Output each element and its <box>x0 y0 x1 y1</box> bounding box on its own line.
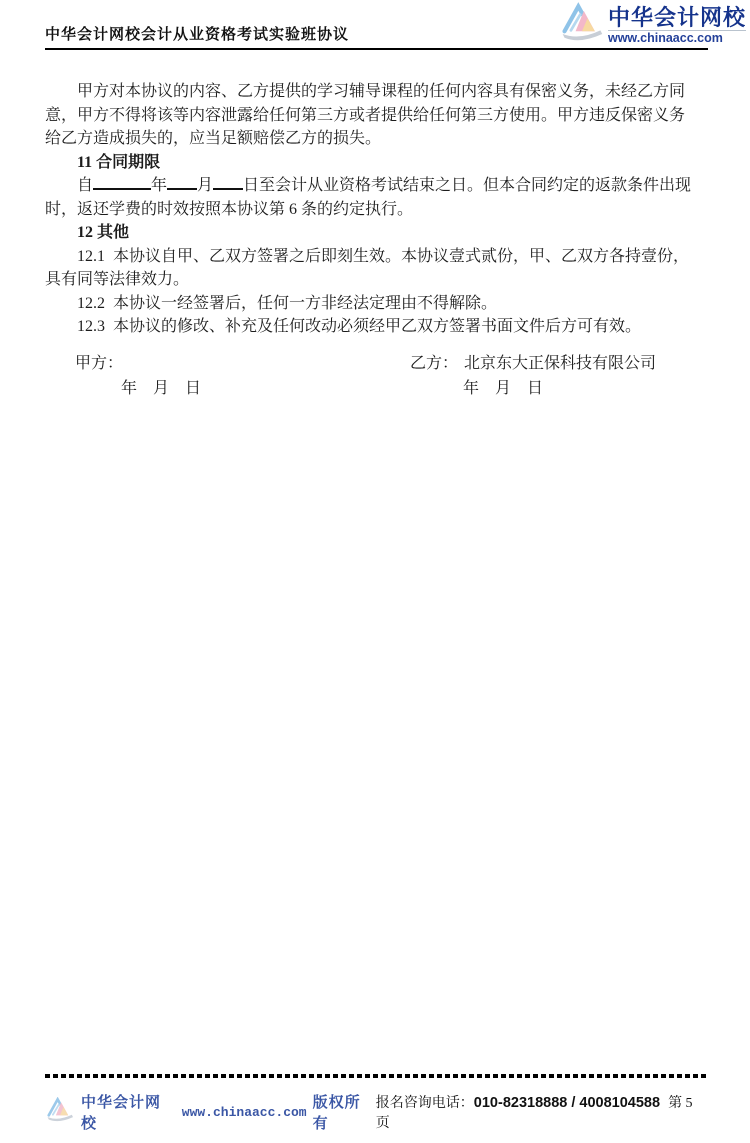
footer-brand-group: 中华会计网校 www.chinaacc.com 版权所有 <box>45 1091 376 1133</box>
term-month: 月 <box>197 177 213 194</box>
footer-brand-logo-icon <box>45 1097 75 1128</box>
party-b-line: 乙方：北京东大正保科技有限公司 <box>410 352 656 376</box>
clause-12-3: 12.3 本协议的修改、补充及任何改动必须经甲乙双方签署书面文件后方可有效。 <box>45 315 695 339</box>
signature-block: 甲方： 年 月 日 乙方：北京东大正保科技有限公司 年 月 日 <box>45 352 695 404</box>
party-b-date-line: 年 月 日 <box>463 377 543 401</box>
brand-logo: 中华会计网校 www.chinaacc.com <box>559 2 746 49</box>
term-pre: 自 <box>77 177 93 194</box>
brand-name: 中华会计网校 <box>608 6 746 29</box>
footer-contact-group: 报名咨询电话：010-82318888 / 4008104588第 5 页 <box>376 1092 708 1132</box>
term-year: 年 <box>151 177 167 194</box>
footer-website: www.chinaacc.com <box>182 1105 307 1120</box>
brand-logo-text: 中华会计网校 www.chinaacc.com <box>608 6 746 45</box>
footer-brand-name: 中华会计网校 <box>81 1091 176 1133</box>
party-b-label: 乙方： <box>410 355 458 372</box>
phone-label: 报名咨询电话： <box>376 1096 474 1111</box>
brand-logo-icon <box>559 2 605 49</box>
phone-numbers: 010-82318888 / 4008104588 <box>474 1095 660 1111</box>
party-a-label: 甲方： <box>75 352 123 376</box>
page-header: 中华会计网校会计从业资格考试实验班协议 中华会计网校 www.chinaacc.… <box>45 0 708 50</box>
document-page: 中华会计网校会计从业资格考试实验班协议 中华会计网校 www.chinaacc.… <box>0 0 750 1143</box>
clause-12-2: 12.2 本协议一经签署后，任何一方非经法定理由不得解除。 <box>45 292 695 316</box>
section-11-heading: 11 合同期限 <box>45 151 695 175</box>
page-title: 中华会计网校会计从业资格考试实验班协议 <box>45 23 349 44</box>
term-line: 自年月日至会计从业资格考试结束之日。但本合同约定的返款条件出现时，返还学费的时效… <box>45 174 695 221</box>
confidentiality-paragraph: 甲方对本协议的内容、乙方提供的学习辅导课程的任何内容具有保密义务，未经乙方同意，… <box>45 80 695 151</box>
year-blank-field <box>93 174 151 190</box>
footer-divider <box>45 1074 708 1078</box>
contract-body: 甲方对本协议的内容、乙方提供的学习辅导课程的任何内容具有保密义务，未经乙方同意，… <box>45 80 695 404</box>
party-a-date-line: 年 月 日 <box>121 377 201 401</box>
day-blank-field <box>213 174 243 190</box>
section-12-heading: 12 其他 <box>45 221 695 245</box>
month-blank-field <box>167 174 197 190</box>
brand-website: www.chinaacc.com <box>608 30 746 45</box>
footer-copyright: 版权所有 <box>313 1091 376 1133</box>
page-footer: 中华会计网校 www.chinaacc.com 版权所有 报名咨询电话：010-… <box>45 1074 708 1133</box>
party-b-name: 北京东大正保科技有限公司 <box>464 355 656 372</box>
clause-12-1: 12.1 本协议自甲、乙双方签署之后即刻生效。本协议壹式贰份，甲、乙双方各持壹份… <box>45 245 695 292</box>
